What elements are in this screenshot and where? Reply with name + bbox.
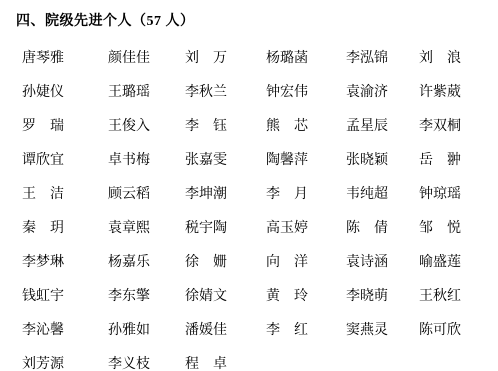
person-name: 钟琼瑶: [419, 187, 489, 202]
person-name: 袁诗涵: [346, 255, 419, 270]
person-name: 谭欣宜: [22, 153, 108, 168]
person-name: 顾云稻: [108, 187, 185, 202]
person-name: 喻盛莲: [419, 255, 489, 270]
person-name: 刘 万: [185, 51, 266, 66]
person-name: 张嘉雯: [185, 153, 266, 168]
person-name: 秦 玥: [22, 221, 108, 236]
person-name: 程 卓: [185, 357, 266, 371]
person-name: 杨嘉乐: [108, 255, 185, 270]
person-name: 孙雅如: [108, 323, 185, 338]
person-name: 税宇陶: [185, 221, 266, 236]
person-name: 李义枝: [108, 357, 185, 371]
person-name: 卓书梅: [108, 153, 185, 168]
person-name: 刘 浪: [419, 51, 489, 66]
person-name: 李秋兰: [185, 85, 266, 100]
names-grid: 唐琴雅颜佳佳刘 万杨璐菡李泓锦刘 浪孙婕仪王璐瑶李秋兰钟宏伟袁渝济许紫葳罗 瑞王…: [22, 51, 498, 371]
person-name: 潘媛佳: [185, 323, 266, 338]
person-name: 孟星辰: [346, 119, 419, 134]
person-name: 张晓颖: [346, 153, 419, 168]
person-name: 李 钰: [185, 119, 266, 134]
person-name: 李沁馨: [22, 323, 108, 338]
person-name: 李坤潮: [185, 187, 266, 202]
person-name: 唐琴雅: [22, 51, 108, 66]
document-page: 四、院级先进个人（57 人） 唐琴雅颜佳佳刘 万杨璐菡李泓锦刘 浪孙婕仪王璐瑶李…: [0, 0, 498, 371]
person-name: 李东擎: [108, 289, 185, 304]
person-name: 李梦琳: [22, 255, 108, 270]
person-name: 王璐瑶: [108, 85, 185, 100]
person-name: 袁章熙: [108, 221, 185, 236]
person-name: 岳 翀: [419, 153, 489, 168]
person-name: 王 洁: [22, 187, 108, 202]
person-name: 韦纯超: [346, 187, 419, 202]
person-name: 许紫葳: [419, 85, 489, 100]
person-name: 袁渝济: [346, 85, 419, 100]
person-name: 陈可欣: [419, 323, 489, 338]
person-name: 窦燕灵: [346, 323, 419, 338]
person-name: 熊 芯: [266, 119, 346, 134]
person-name: 李双桐: [419, 119, 489, 134]
person-name: 高玉婷: [266, 221, 346, 236]
person-name: 李 红: [266, 323, 346, 338]
person-name: 孙婕仪: [22, 85, 108, 100]
person-name: 徐婧文: [185, 289, 266, 304]
person-name: 罗 瑞: [22, 119, 108, 134]
person-name: 李晓萌: [346, 289, 419, 304]
person-name: 颜佳佳: [108, 51, 185, 66]
section-title: 四、院级先进个人（57 人）: [16, 10, 498, 30]
person-name: 黄 玲: [266, 289, 346, 304]
person-name: 刘芳源: [22, 357, 108, 371]
person-name: 邹 悦: [419, 221, 489, 236]
person-name: 杨璐菡: [266, 51, 346, 66]
person-name: 徐 姗: [185, 255, 266, 270]
person-name: 王秋红: [419, 289, 489, 304]
person-name: 李 月: [266, 187, 346, 202]
person-name: 钱虹宇: [22, 289, 108, 304]
person-name: 李泓锦: [346, 51, 419, 66]
person-name: 钟宏伟: [266, 85, 346, 100]
person-name: 向 洋: [266, 255, 346, 270]
person-name: 陈 倩: [346, 221, 419, 236]
person-name: 王俊入: [108, 119, 185, 134]
person-name: 陶馨萍: [266, 153, 346, 168]
